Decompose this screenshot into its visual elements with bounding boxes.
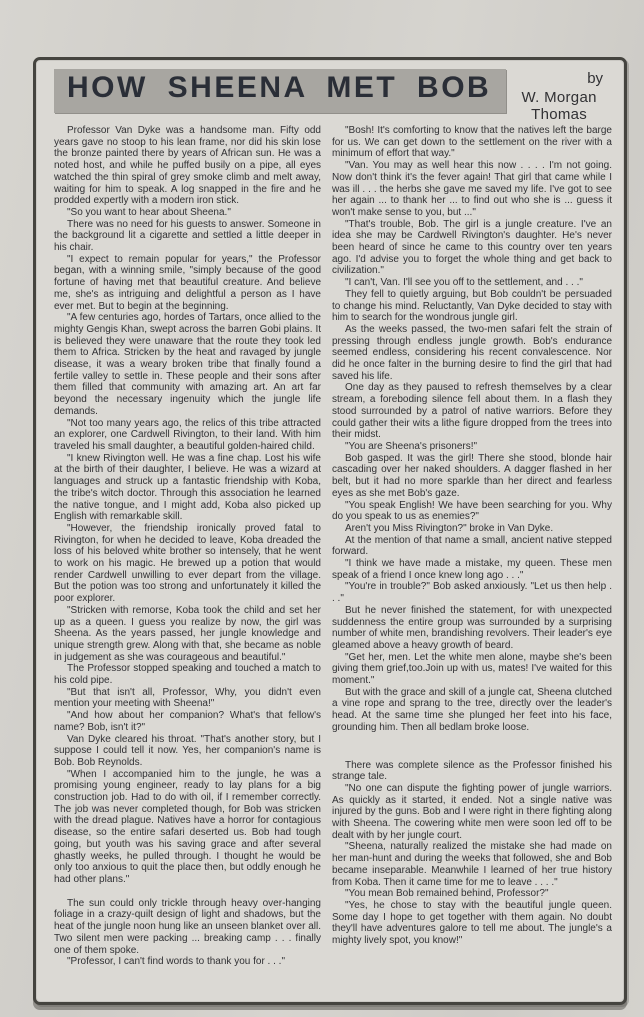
story-paragraph: Bob gasped. It was the girl! There she s…: [332, 453, 612, 500]
story-paragraph: "I expect to remain popular for years," …: [54, 254, 321, 313]
story-paragraph: "You are Sheena's prisoners!": [332, 441, 612, 453]
story-paragraph: Aren't you Miss Rivington?" broke in Van…: [332, 523, 612, 535]
story-paragraph: "Bosh! It's comforting to know that the …: [332, 125, 612, 160]
story-paragraph: "So you want to hear about Sheena.": [54, 207, 321, 219]
story-paragraph: As the weeks passed, the two-men safari …: [332, 324, 612, 383]
story-paragraph: "Yes, he chose to stay with the beautifu…: [332, 900, 612, 947]
story-paragraph: "That's trouble, Bob. The girl is a jung…: [332, 219, 612, 278]
story-paragraph: But he never finished the statement, for…: [332, 605, 612, 652]
story-paragraph: "But that isn't all, Professor, Why, you…: [54, 687, 321, 710]
paper-background: { "header": { "title": "HOW SHEENA MET B…: [0, 0, 644, 1017]
story-paragraph: "However, the friendship ironically prov…: [54, 523, 321, 605]
story-paragraph: "You speak English! We have been searchi…: [332, 500, 612, 523]
story-paragraph: One day as they paused to refresh themse…: [332, 382, 612, 441]
story-paragraph: "You're in trouble?" Bob asked anxiously…: [332, 581, 612, 604]
story-paragraph: "Sheena, naturally realized the mistake …: [332, 841, 612, 888]
story-paragraph: They fell to quietly arguing, but Bob co…: [332, 289, 612, 324]
story-paragraph: There was complete silence as the Profes…: [332, 760, 612, 783]
story-column-right: "Bosh! It's comforting to know that the …: [332, 125, 612, 968]
story-paragraph: "Not too many years ago, the relics of t…: [54, 418, 321, 453]
byline-by: by: [506, 70, 612, 87]
story-paragraph: "No one can dispute the fighting power o…: [332, 783, 612, 842]
story-paragraph: At the mention of that name a small, anc…: [332, 535, 612, 558]
story-paragraph: "And how about her companion? What's tha…: [54, 710, 321, 733]
story-paragraph: "I knew Rivington well. He was a fine ch…: [54, 453, 321, 523]
story-paragraph: "Van. You may as well hear this now . . …: [332, 160, 612, 219]
story-paragraph: Professor Van Dyke was a handsome man. F…: [54, 125, 321, 207]
story-paragraph: "When I accompanied him to the jungle, h…: [54, 769, 321, 886]
byline-author: W. Morgan Thomas: [506, 89, 612, 123]
story-paragraph: "Get her, men. Let the white men alone, …: [332, 652, 612, 687]
page-frame: HOW SHEENA MET BOB by W. Morgan Thomas P…: [33, 57, 627, 1005]
story-paragraph: The sun could only trickle through heavy…: [54, 898, 321, 957]
story-columns: Professor Van Dyke was a handsome man. F…: [54, 125, 612, 968]
story-paragraph: "Stricken with remorse, Koba took the ch…: [54, 605, 321, 664]
story-paragraph: "I can't, Van. I'll see you off to the s…: [332, 277, 612, 289]
story-column-left: Professor Van Dyke was a handsome man. F…: [54, 125, 321, 968]
story-paragraph: But with the grace and skill of a jungle…: [332, 687, 612, 734]
story-paragraph: "Professor, I can't find words to thank …: [54, 956, 321, 968]
story-paragraph: "A few centuries ago, hordes of Tartars,…: [54, 312, 321, 417]
byline: by W. Morgan Thomas: [506, 69, 612, 123]
story-paragraph: There was no need for his guests to answ…: [54, 219, 321, 254]
story-paragraph: "I think we have made a mistake, my quee…: [332, 558, 612, 581]
story-paragraph: The Professor stopped speaking and touch…: [54, 663, 321, 686]
page-header: HOW SHEENA MET BOB by W. Morgan Thomas: [54, 69, 612, 121]
story-paragraph: Van Dyke cleared his throat. "That's ano…: [54, 734, 321, 769]
title-box: HOW SHEENA MET BOB: [54, 69, 506, 113]
page-title: HOW SHEENA MET BOB: [67, 71, 491, 105]
story-paragraph: "You mean Bob remained behind, Professor…: [332, 888, 612, 900]
